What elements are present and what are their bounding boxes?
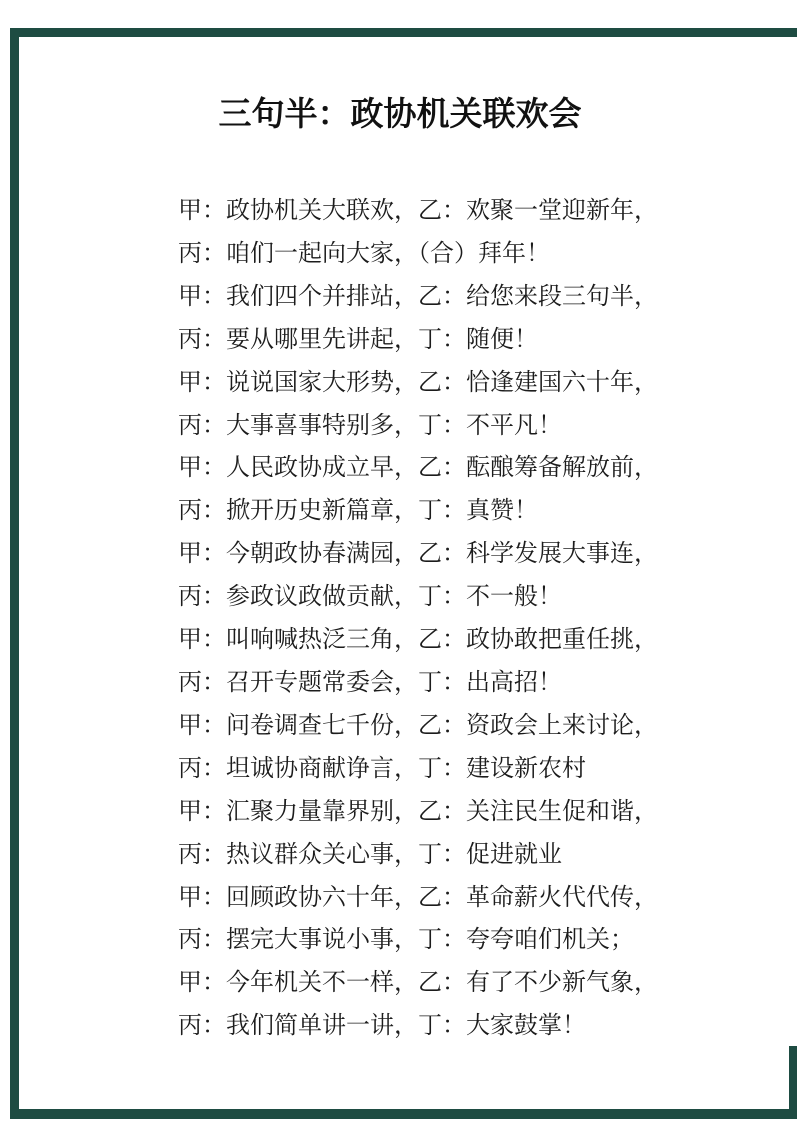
scan-border-top — [10, 28, 797, 37]
lyrics-block: 甲：政协机关大联欢，乙：欢聚一堂迎新年，丙：咱们一起向大家，（合）拜年！甲：我们… — [178, 190, 738, 1048]
document-page: 三句半：政协机关联欢会 甲：政协机关大联欢，乙：欢聚一堂迎新年，丙：咱们一起向大… — [0, 0, 800, 1132]
speech-line: 丙：我们简单讲一讲，丁：大家鼓掌！ — [178, 1005, 738, 1048]
speech-line: 甲：叫响喊热泛三角，乙：政协敢把重任挑， — [178, 619, 738, 662]
speech-line: 甲：汇聚力量靠界别，乙：关注民生促和谐， — [178, 791, 738, 834]
speech-line: 丙：大事喜事特别多，丁：不平凡！ — [178, 405, 738, 448]
speech-line: 甲：回顾政协六十年，乙：革命薪火代代传， — [178, 877, 738, 920]
speech-line: 甲：人民政协成立早，乙：酝酿筹备解放前， — [178, 447, 738, 490]
speech-line: 甲：问卷调查七千份，乙：资政会上来讨论， — [178, 705, 738, 748]
speech-line: 丙：召开专题常委会，丁：出高招！ — [178, 662, 738, 705]
speech-line: 丙：热议群众关心事，丁：促进就业 — [178, 834, 738, 877]
scan-border-bottom — [10, 1109, 797, 1119]
speech-line: 甲：说说国家大形势，乙：恰逢建国六十年， — [178, 362, 738, 405]
speech-line: 丙：要从哪里先讲起，丁：随便！ — [178, 319, 738, 362]
scan-border-left — [10, 28, 19, 1119]
page-title: 三句半：政协机关联欢会 — [0, 88, 800, 135]
scan-border-right — [789, 1046, 797, 1119]
speech-line: 甲：今朝政协春满园，乙：科学发展大事连， — [178, 533, 738, 576]
speech-line: 甲：今年机关不一样，乙：有了不少新气象， — [178, 962, 738, 1005]
speech-line: 丙：咱们一起向大家，（合）拜年！ — [178, 233, 738, 276]
speech-line: 甲：我们四个并排站，乙：给您来段三句半， — [178, 276, 738, 319]
speech-line: 丙：坦诚协商献诤言，丁：建设新农村 — [178, 748, 738, 791]
speech-line: 丙：参政议政做贡献，丁：不一般！ — [178, 576, 738, 619]
speech-line: 甲：政协机关大联欢，乙：欢聚一堂迎新年， — [178, 190, 738, 233]
speech-line: 丙：掀开历史新篇章，丁：真赞！ — [178, 490, 738, 533]
speech-line: 丙：摆完大事说小事，丁：夸夸咱们机关； — [178, 919, 738, 962]
